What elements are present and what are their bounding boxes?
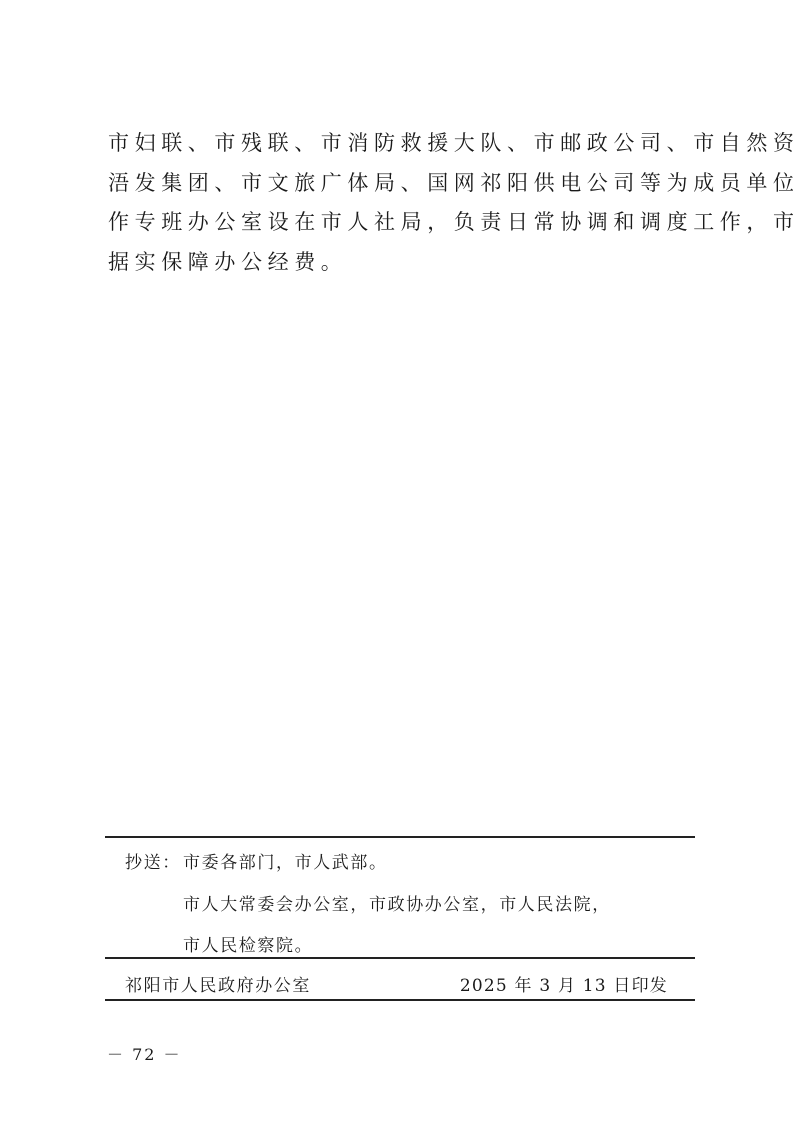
footer-bottom-divider <box>105 999 695 1001</box>
body-line: 市妇联、市残联、市消防救援大队、市邮政公司、市自然资源局、 <box>108 124 698 164</box>
body-line: 作专班办公室设在市人社局，负责日常协调和调度工作，市财政 <box>108 203 698 243</box>
footer-middle-divider <box>105 957 695 959</box>
footer-top-divider <box>105 836 695 838</box>
document-page: 市妇联、市残联、市消防救援大队、市邮政公司、市自然资源局、 浯发集团、市文旅广体… <box>0 0 793 1122</box>
body-line: 据实保障办公经费。 <box>108 243 698 283</box>
body-line: 浯发集团、市文旅广体局、国网祁阳供电公司等为成员单位。工 <box>108 164 698 204</box>
page-number: － 72 － <box>107 1042 182 1065</box>
cc-recipients-line: 市人民检察院。 <box>183 931 313 956</box>
body-paragraph: 市妇联、市残联、市消防救援大队、市邮政公司、市自然资源局、 浯发集团、市文旅广体… <box>108 124 698 282</box>
cc-recipients-line: 市委各部门，市人武部。 <box>183 848 388 873</box>
issue-date: 2025 年 3 月 13 日印发 <box>460 971 668 996</box>
cc-label: 抄送： <box>125 848 181 873</box>
cc-recipients-line: 市人大常委会办公室，市政协办公室，市人民法院， <box>183 890 611 915</box>
issuing-office: 祁阳市人民政府办公室 <box>125 971 311 996</box>
